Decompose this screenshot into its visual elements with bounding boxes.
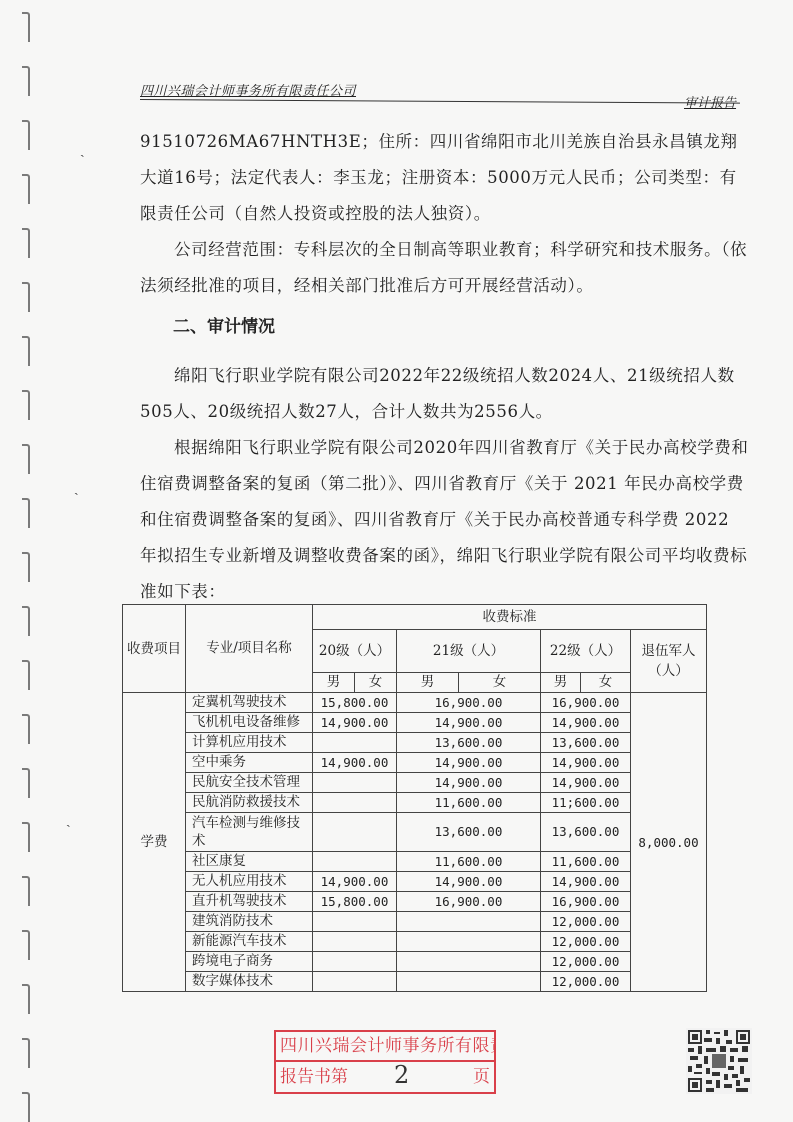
fee-g20: 15,800.00 <box>313 693 397 713</box>
scan-mark: ˏ <box>74 480 79 497</box>
major-name: 飞机机电设备维修 <box>186 713 313 733</box>
binder-hole-icon <box>22 822 30 852</box>
major-name: 空中乘务 <box>186 753 313 773</box>
company-info-paragraph: 91510726MA67HNTH3E；住所：四川省绵阳市北川羌族自治县永昌镇龙翔… <box>140 124 752 232</box>
major-name: 数字媒体技术 <box>186 972 313 992</box>
fee-g21 <box>397 952 541 972</box>
fee-g20 <box>313 733 397 753</box>
major-name: 直升机驾驶技术 <box>186 892 313 912</box>
fee-g22: 13,600.00 <box>541 813 631 852</box>
major-name: 新能源汽车技术 <box>186 932 313 952</box>
header-firm-name: 四川兴瑞会计师事务所有限责任公司 <box>140 80 356 99</box>
major-name: 建筑消防技术 <box>186 912 313 932</box>
binder-hole-icon <box>22 1092 30 1122</box>
major-name: 社区康复 <box>186 852 313 872</box>
header-standard: 收费标准 <box>313 605 707 630</box>
fee-g21 <box>397 972 541 992</box>
table-row: 民航安全技术管理 14,900.00 14,900.00 <box>123 773 707 793</box>
header-fee-item: 收费项目 <box>123 605 186 693</box>
binder-hole-icon <box>22 498 30 528</box>
scan-mark: ˏ <box>80 142 85 159</box>
fee-g22: 14,900.00 <box>541 872 631 892</box>
fee-g22: 14,900.00 <box>541 713 631 733</box>
major-name: 无人机应用技术 <box>186 872 313 892</box>
qr-code-icon <box>686 1028 752 1094</box>
fee-g20: 14,900.00 <box>313 872 397 892</box>
fee-g22: 12,000.00 <box>541 952 631 972</box>
header-male: 男 <box>541 673 581 693</box>
fee-g22: 12,000.00 <box>541 932 631 952</box>
table-row: 无人机应用技术 14,900.00 14,900.00 14,900.00 <box>123 872 707 892</box>
binder-holes <box>22 0 32 1122</box>
header-veteran: 退伍军人（人） <box>631 630 707 693</box>
fee-g22: 12,000.00 <box>541 972 631 992</box>
fee-g21: 16,900.00 <box>397 892 541 912</box>
fee-g20 <box>313 932 397 952</box>
table-row: 空中乘务 14,900.00 14,900.00 14,900.00 <box>123 753 707 773</box>
fee-g21: 14,900.00 <box>397 773 541 793</box>
fee-g21: 11,600.00 <box>397 852 541 872</box>
stamp-page-prefix: 报告书第 <box>280 1067 348 1087</box>
fee-category-cell: 学费 <box>123 693 186 992</box>
binder-hole-icon <box>22 228 30 258</box>
table-row: 新能源汽车技术 12,000.00 <box>123 932 707 952</box>
fee-g20 <box>313 793 397 813</box>
fee-g22: 13,600.00 <box>541 733 631 753</box>
fee-g22: 14,900.00 <box>541 773 631 793</box>
binder-hole-icon <box>22 390 30 420</box>
stamp-page-suffix: 页 <box>473 1062 490 1092</box>
fee-g21: 11,600.00 <box>397 793 541 813</box>
fee-g21 <box>397 912 541 932</box>
header-grade-21: 21级（人） <box>397 630 541 673</box>
major-name: 计算机应用技术 <box>186 733 313 753</box>
enrollment-paragraph: 绵阳飞行职业学院有限公司2022年22级统招人数2024人、21级统招人数505… <box>140 358 752 430</box>
table-row: 数字媒体技术 12,000.00 <box>123 972 707 992</box>
fee-g21 <box>397 932 541 952</box>
fee-g22: 12,000.00 <box>541 912 631 932</box>
binder-hole-icon <box>22 1038 30 1068</box>
table-row: 汽车检测与维修技术 13,600.00 13,600.00 <box>123 813 707 852</box>
binder-hole-icon <box>22 444 30 474</box>
table-row: 跨境电子商务 12,000.00 <box>123 952 707 972</box>
fee-g20: 15,800.00 <box>313 892 397 912</box>
major-name: 定翼机驾驶技术 <box>186 693 313 713</box>
header-grade-20: 20级（人） <box>313 630 397 673</box>
header-major: 专业/项目名称 <box>186 605 313 693</box>
binder-hole-icon <box>22 984 30 1014</box>
table-row: 直升机驾驶技术 15,800.00 16,900.00 16,900.00 <box>123 892 707 912</box>
binder-hole-icon <box>22 174 30 204</box>
page-number: 2 <box>394 1060 409 1090</box>
binder-hole-icon <box>22 282 30 312</box>
fee-g21: 13,600.00 <box>397 733 541 753</box>
header-male: 男 <box>313 673 355 693</box>
business-scope-paragraph: 公司经营范围：专科层次的全日制高等职业教育；科学研究和技术服务。（依法须经批准的… <box>140 232 752 304</box>
table-row: 计算机应用技术 13,600.00 13,600.00 <box>123 733 707 753</box>
fee-g22: 16,900.00 <box>541 693 631 713</box>
section-title: 二、审计情况 <box>173 312 275 337</box>
stamp-page-row: 报告书第 2 页 <box>276 1062 494 1092</box>
header-rule <box>140 99 740 104</box>
fee-g20: 14,900.00 <box>313 713 397 733</box>
fee-g20 <box>313 852 397 872</box>
major-name: 民航消防救援技术 <box>186 793 313 813</box>
binder-hole-icon <box>22 768 30 798</box>
binder-hole-icon <box>22 66 30 96</box>
binder-hole-icon <box>22 336 30 366</box>
fee-g22: 11;600.00 <box>541 793 631 813</box>
table-row: 飞机机电设备维修 14,900.00 14,900.00 14,900.00 <box>123 713 707 733</box>
fee-g20 <box>313 773 397 793</box>
stamp-firm-name: 四川兴瑞会计师事务所有限责任公司 <box>276 1032 494 1062</box>
fee-g20 <box>313 813 397 852</box>
binder-hole-icon <box>22 12 30 42</box>
major-name: 跨境电子商务 <box>186 952 313 972</box>
scan-mark: ˏ <box>66 812 71 829</box>
fee-g20: 14,900.00 <box>313 753 397 773</box>
fee-g20 <box>313 952 397 972</box>
fee-g21: 16,900.00 <box>397 693 541 713</box>
fee-g22: 14,900.00 <box>541 753 631 773</box>
fee-g22: 16,900.00 <box>541 892 631 912</box>
fee-basis-paragraph: 根据绵阳飞行职业学院有限公司2020年四川省教育厅《关于民办高校学费和住宿费调整… <box>140 430 752 610</box>
binder-hole-icon <box>22 660 30 690</box>
binder-hole-icon <box>22 876 30 906</box>
header-female: 女 <box>355 673 397 693</box>
fee-g21: 14,900.00 <box>397 713 541 733</box>
binder-hole-icon <box>22 714 30 744</box>
major-name: 民航安全技术管理 <box>186 773 313 793</box>
fee-g22: 11,600.00 <box>541 852 631 872</box>
header-doc-type: 审计报告 <box>684 92 736 111</box>
binder-hole-icon <box>22 120 30 150</box>
fee-g20 <box>313 912 397 932</box>
table-row: 建筑消防技术 12,000.00 <box>123 912 707 932</box>
fee-g20 <box>313 972 397 992</box>
header-male: 男 <box>397 673 459 693</box>
fee-g21: 14,900.00 <box>397 872 541 892</box>
header-female: 女 <box>581 673 631 693</box>
fee-g21: 13,600.00 <box>397 813 541 852</box>
major-name: 汽车检测与维修技术 <box>186 813 313 852</box>
binder-hole-icon <box>22 930 30 960</box>
header-grade-22: 22级（人） <box>541 630 631 673</box>
page-number-stamp: 四川兴瑞会计师事务所有限责任公司 报告书第 2 页 <box>274 1030 496 1094</box>
veteran-fee-cell: 8,000.00 <box>631 693 707 992</box>
table-row: 民航消防救援技术 11,600.00 11;600.00 <box>123 793 707 813</box>
binder-hole-icon <box>22 552 30 582</box>
fee-g21: 14,900.00 <box>397 753 541 773</box>
binder-hole-icon <box>22 606 30 636</box>
table-row: 社区康复 11,600.00 11,600.00 <box>123 852 707 872</box>
header-female: 女 <box>459 673 541 693</box>
fee-standard-table: 收费项目 专业/项目名称 收费标准 20级（人） 21级（人） 22级（人） 退… <box>122 604 707 992</box>
